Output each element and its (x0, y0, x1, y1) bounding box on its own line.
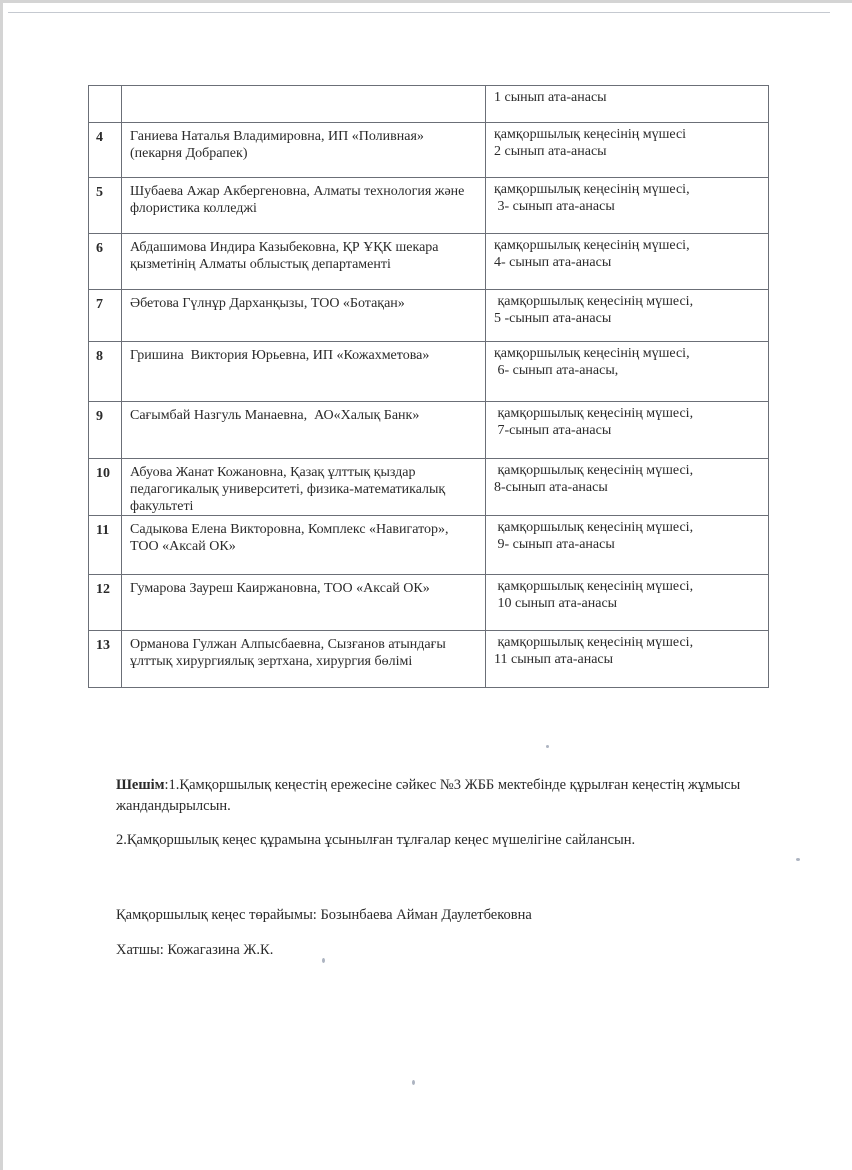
member-role: қамқоршылық кеңесінің мүшесі 2 сынып ата… (486, 123, 769, 178)
role-line-2: 4- сынып ата-анасы (494, 254, 762, 271)
table-row: 5 Шубаева Ажар Акбергеновна, Алматы техн… (89, 178, 769, 234)
decision-label: Шешім (116, 777, 165, 793)
member-name: Абуова Жанат Кожановна, Қазақ ұлттық қыз… (122, 459, 486, 516)
page-frame-top (0, 0, 852, 3)
member-name: Шубаева Ажар Акбергеновна, Алматы технол… (122, 178, 486, 234)
member-name (122, 86, 486, 123)
member-name: Гришина Виктория Юрьевна, ИП «Кожахметов… (122, 342, 486, 402)
member-name: Ганиева Наталья Владимировна, ИП «Поливн… (122, 123, 486, 178)
member-role: қамқоршылық кеңесінің мүшесі, 10 сынып а… (486, 575, 769, 631)
decision-text-1: :1.Қамқоршылық кеңестің ережесіне сәйкес… (116, 777, 740, 814)
chair-signature: Қамқоршылық кеңес төрайымы: Бозынбаева А… (116, 905, 532, 925)
table-row: 11 Садыкова Елена Викторовна, Комплекс «… (89, 516, 769, 575)
member-name: Орманова Гулжан Алпысбаевна, Сызғанов ат… (122, 631, 486, 688)
decision-item-1: Шешім:1.Қамқоршылық кеңестің ережесіне с… (116, 775, 756, 817)
row-number: 8 (89, 342, 122, 402)
member-name: Абдашимова Индира Казыбековна, ҚР ҰҚК ше… (122, 234, 486, 290)
role-line-2: 8-сынып ата-анасы (494, 479, 762, 496)
member-role: қамқоршылық кеңесінің мүшесі, 11 сынып а… (486, 631, 769, 688)
decision-section: Шешім:1.Қамқоршылық кеңестің ережесіне с… (116, 775, 756, 851)
role-line-2: 9- сынып ата-анасы (494, 536, 762, 553)
role-line-1: қамқоршылық кеңесінің мүшесі, (494, 181, 762, 198)
role-line-1: қамқоршылық кеңесінің мүшесі, (494, 462, 762, 479)
role-line-2: 3- сынып ата-анасы (494, 198, 762, 215)
role-line-1: қамқоршылық кеңесінің мүшесі, (494, 345, 762, 362)
member-role: қамқоршылық кеңесінің мүшесі, 6- сынып а… (486, 342, 769, 402)
row-number: 13 (89, 631, 122, 688)
role-line-2: 7-сынып ата-анасы (494, 422, 762, 439)
member-role: 1 сынып ата-анасы (486, 86, 769, 123)
table-row: 1 сынып ата-анасы (89, 86, 769, 123)
member-role: қамқоршылық кеңесінің мүшесі, 3- сынып а… (486, 178, 769, 234)
row-number: 11 (89, 516, 122, 575)
row-number: 5 (89, 178, 122, 234)
member-name: Садыкова Елена Викторовна, Комплекс «Нав… (122, 516, 486, 575)
scan-speck (546, 745, 549, 748)
member-role: қамқоршылық кеңесінің мүшесі, 5 -сынып а… (486, 290, 769, 342)
decision-item-2: 2.Қамқоршылық кеңес құрамына ұсынылған т… (116, 830, 756, 851)
member-role: қамқоршылық кеңесінің мүшесі, 9- сынып а… (486, 516, 769, 575)
table-row: 8 Гришина Виктория Юрьевна, ИП «Кожахмет… (89, 342, 769, 402)
role-line-1: қамқоршылық кеңесінің мүшесі, (494, 293, 762, 310)
role-line-1: қамқоршылық кеңесінің мүшесі, (494, 519, 762, 536)
role-line-2: 2 сынып ата-анасы (494, 143, 762, 160)
row-number (89, 86, 122, 123)
row-number: 10 (89, 459, 122, 516)
role-line-1: қамқоршылық кеңесінің мүшесі, (494, 634, 762, 651)
member-name: Сағымбай Назгуль Манаевна, АО«Халық Банк… (122, 402, 486, 459)
member-name: Гумарова Зауреш Каиржановна, ТОО «Аксай … (122, 575, 486, 631)
role-line-1: қамқоршылық кеңесінің мүшесі, (494, 237, 762, 254)
member-role: қамқоршылық кеңесінің мүшесі, 4- сынып а… (486, 234, 769, 290)
role-line-2: 6- сынып ата-анасы, (494, 362, 762, 379)
row-number: 4 (89, 123, 122, 178)
row-number: 12 (89, 575, 122, 631)
role-line-2: 1 сынып ата-анасы (494, 89, 762, 106)
table-row: 12 Гумарова Зауреш Каиржановна, ТОО «Акс… (89, 575, 769, 631)
table-row: 7 Әбетова Гүлнұр Дарханқызы, ТОО «Ботақа… (89, 290, 769, 342)
scan-speck (796, 858, 800, 861)
scan-artifact-line (8, 12, 830, 13)
role-line-1: қамқоршылық кеңесінің мүшесі, (494, 578, 762, 595)
council-members-table: 1 сынып ата-анасы 4 Ганиева Наталья Влад… (88, 85, 769, 688)
row-number: 7 (89, 290, 122, 342)
member-role: қамқоршылық кеңесінің мүшесі, 7-сынып ат… (486, 402, 769, 459)
table-row: 13 Орманова Гулжан Алпысбаевна, Сызғанов… (89, 631, 769, 688)
member-role: қамқоршылық кеңесінің мүшесі, 8-сынып ат… (486, 459, 769, 516)
secretary-signature: Хатшы: Кожагазина Ж.К. (116, 940, 532, 960)
role-line-1: қамқоршылық кеңесінің мүшесі, (494, 405, 762, 422)
role-line-2: 11 сынып ата-анасы (494, 651, 762, 668)
table-row: 10 Абуова Жанат Кожановна, Қазақ ұлттық … (89, 459, 769, 516)
role-line-2: 10 сынып ата-анасы (494, 595, 762, 612)
role-line-1: қамқоршылық кеңесінің мүшесі (494, 126, 762, 143)
table-row: 9 Сағымбай Назгуль Манаевна, АО«Халық Ба… (89, 402, 769, 459)
table-row: 6 Абдашимова Индира Казыбековна, ҚР ҰҚК … (89, 234, 769, 290)
scan-speck (412, 1080, 415, 1085)
role-line-2: 5 -сынып ата-анасы (494, 310, 762, 327)
table-row: 4 Ганиева Наталья Владимировна, ИП «Поли… (89, 123, 769, 178)
member-name: Әбетова Гүлнұр Дарханқызы, ТОО «Ботақан» (122, 290, 486, 342)
signatures-section: Қамқоршылық кеңес төрайымы: Бозынбаева А… (116, 905, 532, 975)
row-number: 6 (89, 234, 122, 290)
row-number: 9 (89, 402, 122, 459)
page-frame-left (0, 0, 3, 1170)
